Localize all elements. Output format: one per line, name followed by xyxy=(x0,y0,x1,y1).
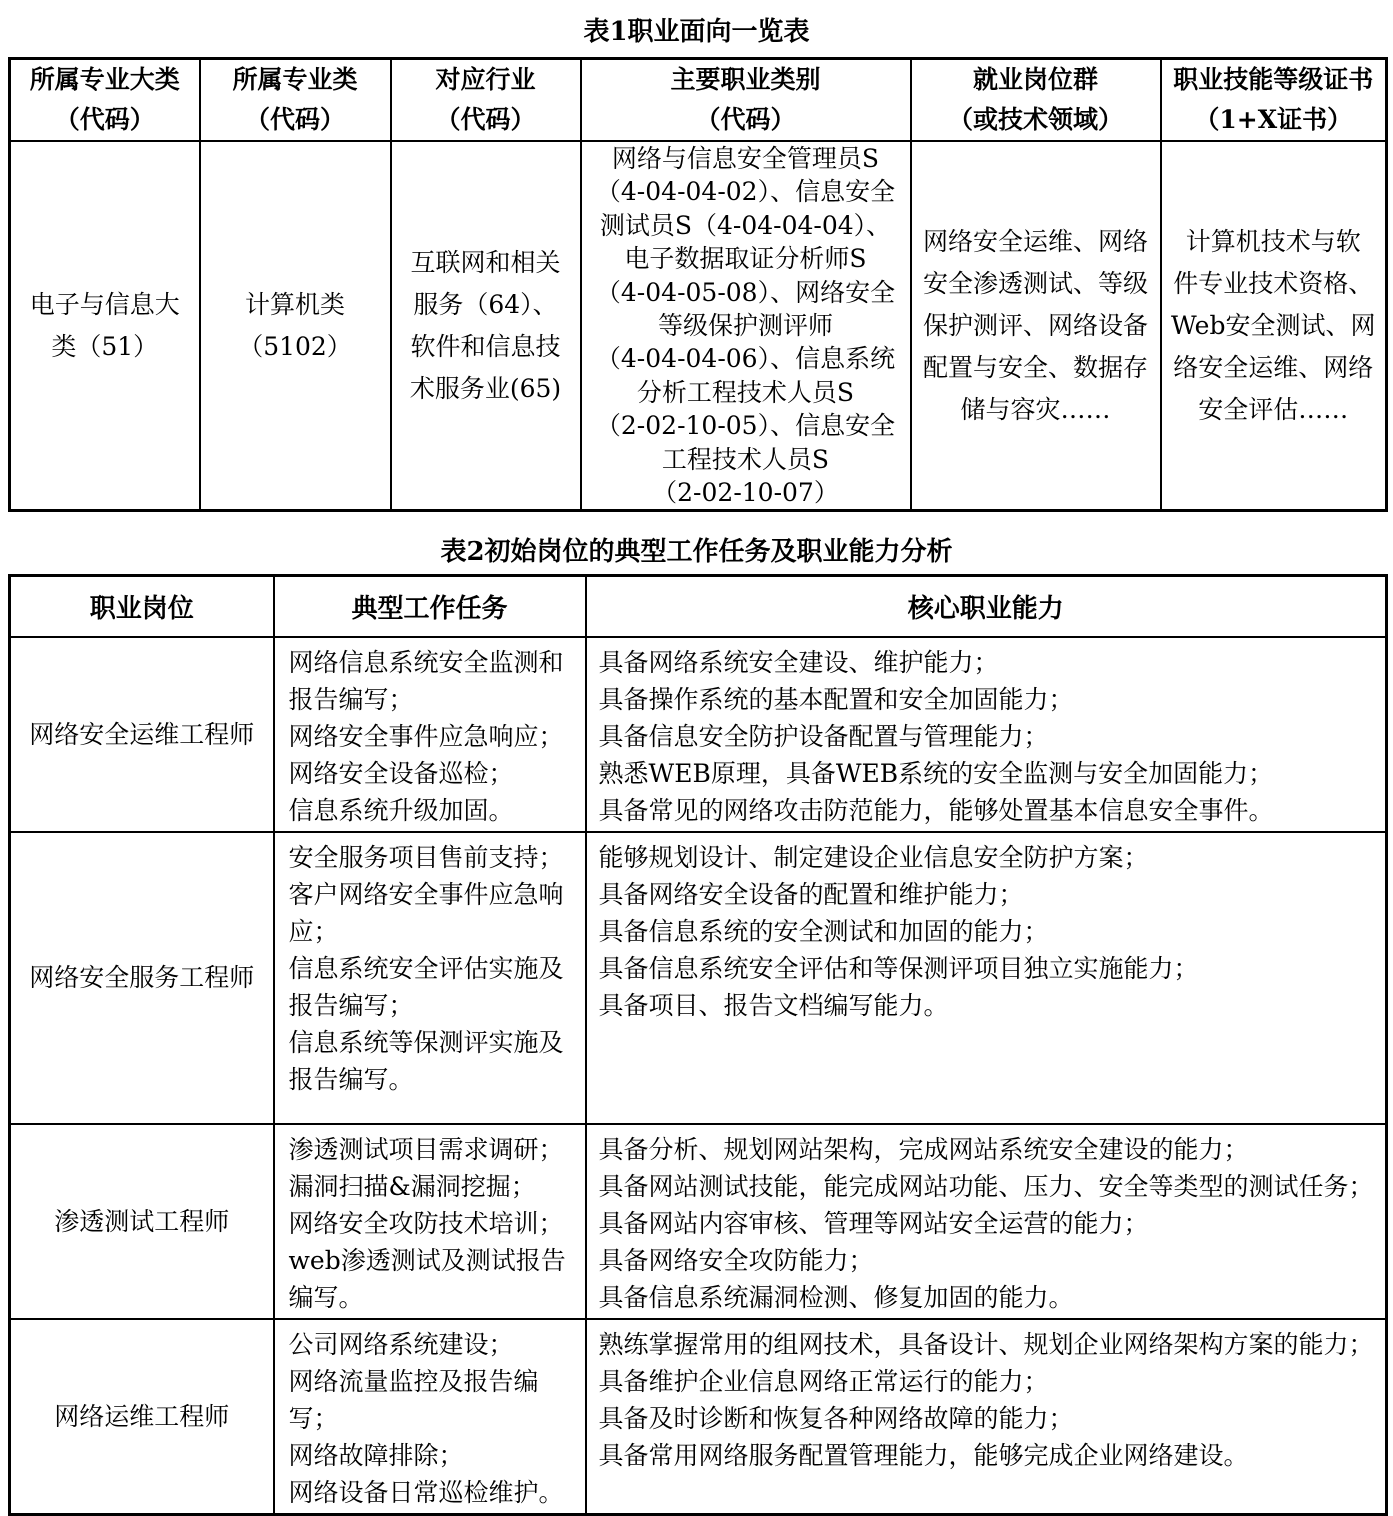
text-line: 具备常见的网络攻击防范能力，能够处置基本信息安全事件。 xyxy=(599,792,1384,829)
table2: 职业岗位 典型工作任务 核心职业能力 网络安全运维工程师 网络信息系统安全监测和… xyxy=(8,574,1388,1516)
text-line: （代码） xyxy=(203,100,388,140)
text-line: （4-04-05-08）、网络安全 xyxy=(582,276,910,309)
text-line: 网络安全攻防技术培训； xyxy=(289,1205,579,1242)
text-line: Web安全测试、网 xyxy=(1164,305,1384,347)
text-line: 熟悉WEB原理，具备WEB系统的安全监测与安全加固能力； xyxy=(599,755,1384,792)
cell-abilities: 能够规划设计、制定建设企业信息安全防护方案；具备网络安全设备的配置和维护能力；具… xyxy=(586,832,1387,1124)
table2-row-3: 渗透测试工程师 渗透测试项目需求调研；漏洞扫描&漏洞挖掘；网络安全攻防技术培训；… xyxy=(10,1124,1387,1319)
text-line: 服务（64）、 xyxy=(394,284,578,326)
table1-body-row: 电子与信息大类（51） 计算机类（5102） 互联网和相关服务（64）、软件和信… xyxy=(10,141,1387,511)
cell-tasks: 网络信息系统安全监测和报告编写；网络安全事件应急响应；网络安全设备巡检；信息系统… xyxy=(274,637,586,832)
text-line: 网络与信息安全管理员S xyxy=(582,142,910,175)
text-line: 公司网络系统建设； xyxy=(289,1326,579,1363)
text-line: 安全评估…… xyxy=(1164,389,1384,431)
text-line: 职业技能等级证书 xyxy=(1164,60,1384,100)
cell-specialty-category: 计算机类（5102） xyxy=(200,141,391,511)
cell-industry: 互联网和相关服务（64）、软件和信息技术服务业(65) xyxy=(391,141,581,511)
text-line: （代码） xyxy=(394,100,578,140)
text-line: 安全渗透测试、等级 xyxy=(914,263,1158,305)
text-line: web渗透测试及测试报告编写。 xyxy=(289,1242,579,1316)
text-line: （4-04-04-02）、信息安全 xyxy=(582,175,910,208)
text-line: 能够规划设计、制定建设企业信息安全防护方案； xyxy=(599,839,1384,876)
text-line: 互联网和相关 xyxy=(394,242,578,284)
table1: 所属专业大类（代码） 所属专业类（代码） 对应行业（代码） 主要职业类别（代码）… xyxy=(8,57,1388,512)
text-line: （4-04-04-06）、信息系统 xyxy=(582,342,910,375)
text-line: 具备信息安全防护设备配置与管理能力； xyxy=(599,718,1384,755)
table2-row-4: 网络运维工程师 公司网络系统建设；网络流量监控及报告编写；网络故障排除；网络设备… xyxy=(10,1319,1387,1515)
text-line: 软件和信息技 xyxy=(394,326,578,368)
cell-position: 渗透测试工程师 xyxy=(10,1124,274,1319)
table2-title: 表2初始岗位的典型工作任务及职业能力分析 xyxy=(8,512,1385,574)
text-line: 信息系统安全评估实施及报告编写； xyxy=(289,950,579,1024)
cell-position: 网络安全运维工程师 xyxy=(10,637,274,832)
text-line: 等级保护测评师 xyxy=(582,309,910,342)
text-line: 具备网络安全攻防能力； xyxy=(599,1242,1384,1279)
cell-position: 网络安全服务工程师 xyxy=(10,832,274,1124)
text-line: （2-02-10-05）、信息安全 xyxy=(582,409,910,442)
text-line: 具备及时诊断和恢复各种网络故障的能力； xyxy=(599,1400,1384,1437)
text-line: 渗透测试项目需求调研； xyxy=(289,1131,579,1168)
text-line: （5102） xyxy=(203,326,388,368)
text-line: 具备分析、规划网站架构，完成网站系统安全建设的能力； xyxy=(599,1131,1384,1168)
text-line: 具备项目、报告文档编写能力。 xyxy=(599,987,1384,1024)
cell-occupations: 网络与信息安全管理员S（4-04-04-02）、信息安全测试员S（4-04-04… xyxy=(581,141,911,511)
text-line: 保护测评、网络设备 xyxy=(914,305,1158,347)
text-line: 网络设备日常巡检维护。 xyxy=(289,1474,579,1511)
text-line: 电子数据取证分析师S xyxy=(582,242,910,275)
text-line: 具备网站测试技能，能完成网站功能、压力、安全等类型的测试任务； xyxy=(599,1168,1384,1205)
table1-header-job-groups: 就业岗位群（或技术领域） xyxy=(911,59,1161,142)
text-line: 信息系统升级加固。 xyxy=(289,792,579,829)
text-line: （1+X证书） xyxy=(1164,100,1384,140)
text-line: 工程技术人员S xyxy=(582,443,910,476)
cell-position: 网络运维工程师 xyxy=(10,1319,274,1515)
cell-tasks: 渗透测试项目需求调研；漏洞扫描&漏洞挖掘；网络安全攻防技术培训；web渗透测试及… xyxy=(274,1124,586,1319)
text-line: 类（51） xyxy=(13,326,197,368)
table1-header-industry: 对应行业（代码） xyxy=(391,59,581,142)
text-line: 具备网络安全设备的配置和维护能力； xyxy=(599,876,1384,913)
cell-major-category: 电子与信息大类（51） xyxy=(10,141,200,511)
table1-header-row: 所属专业大类（代码） 所属专业类（代码） 对应行业（代码） 主要职业类别（代码）… xyxy=(10,59,1387,142)
table2-header-abilities: 核心职业能力 xyxy=(586,576,1387,637)
text-line: 所属专业大类 xyxy=(13,60,197,100)
table1-title: 表1职业面向一览表 xyxy=(8,0,1385,57)
cell-abilities: 具备网络系统安全建设、维护能力；具备操作系统的基本配置和安全加固能力；具备信息安… xyxy=(586,637,1387,832)
text-line: 络安全运维、网络 xyxy=(1164,347,1384,389)
text-line: 术服务业(65) xyxy=(394,368,578,410)
text-line: 具备信息系统安全评估和等保测评项目独立实施能力； xyxy=(599,950,1384,987)
text-line: （2-02-10-07） xyxy=(582,476,910,509)
text-line: 网络安全运维、网络 xyxy=(914,221,1158,263)
text-line: 安全服务项目售前支持； xyxy=(289,839,579,876)
text-line: 所属专业类 xyxy=(203,60,388,100)
text-line: 对应行业 xyxy=(394,60,578,100)
text-line: 件专业技术资格、 xyxy=(1164,263,1384,305)
table1-header-major-category: 所属专业大类（代码） xyxy=(10,59,200,142)
text-line: 配置与安全、数据存 xyxy=(914,347,1158,389)
cell-certificates: 计算机技术与软件专业技术资格、Web安全测试、网络安全运维、网络安全评估…… xyxy=(1161,141,1387,511)
table1-header-occupations: 主要职业类别（代码） xyxy=(581,59,911,142)
cell-job-groups: 网络安全运维、网络安全渗透测试、等级保护测评、网络设备配置与安全、数据存储与容灾… xyxy=(911,141,1161,511)
table2-row-1: 网络安全运维工程师 网络信息系统安全监测和报告编写；网络安全事件应急响应；网络安… xyxy=(10,637,1387,832)
text-line: 具备信息系统的安全测试和加固的能力； xyxy=(599,913,1384,950)
table2-header-row: 职业岗位 典型工作任务 核心职业能力 xyxy=(10,576,1387,637)
text-line: 计算机类 xyxy=(203,284,388,326)
cell-tasks: 公司网络系统建设；网络流量监控及报告编写；网络故障排除；网络设备日常巡检维护。 xyxy=(274,1319,586,1515)
text-line: 计算机技术与软 xyxy=(1164,221,1384,263)
text-line: 网络安全事件应急响应； xyxy=(289,718,579,755)
document-page: 表1职业面向一览表 所属专业大类（代码） 所属专业类（代码） 对应行业（代码） … xyxy=(0,0,1393,1516)
text-line: 具备网站内容审核、管理等网站安全运营的能力； xyxy=(599,1205,1384,1242)
text-line: 具备网络系统安全建设、维护能力； xyxy=(599,644,1384,681)
table1-header-specialty-category: 所属专业类（代码） xyxy=(200,59,391,142)
text-line: 网络信息系统安全监测和报告编写； xyxy=(289,644,579,718)
text-line: （代码） xyxy=(13,100,197,140)
table1-header-certificates: 职业技能等级证书（1+X证书） xyxy=(1161,59,1387,142)
text-line: 就业岗位群 xyxy=(914,60,1158,100)
text-line: 网络流量监控及报告编写； xyxy=(289,1363,579,1437)
text-line: 网络故障排除； xyxy=(289,1437,579,1474)
cell-tasks: 安全服务项目售前支持；客户网络安全事件应急响应；信息系统安全评估实施及报告编写；… xyxy=(274,832,586,1124)
text-line: 储与容灾…… xyxy=(914,389,1158,431)
text-line: 熟练掌握常用的组网技术，具备设计、规划企业网络架构方案的能力； xyxy=(599,1326,1384,1363)
text-line: 分析工程技术人员S xyxy=(582,376,910,409)
text-line: 具备常用网络服务配置管理能力，能够完成企业网络建设。 xyxy=(599,1437,1384,1474)
text-line: 主要职业类别 xyxy=(584,60,908,100)
text-line: 测试员S（4-04-04-04）、 xyxy=(582,209,910,242)
cell-abilities: 熟练掌握常用的组网技术，具备设计、规划企业网络架构方案的能力；具备维护企业信息网… xyxy=(586,1319,1387,1515)
table2-row-2: 网络安全服务工程师 安全服务项目售前支持；客户网络安全事件应急响应；信息系统安全… xyxy=(10,832,1387,1124)
text-line: 具备操作系统的基本配置和安全加固能力； xyxy=(599,681,1384,718)
text-line: 网络安全设备巡检； xyxy=(289,755,579,792)
text-line: 具备维护企业信息网络正常运行的能力； xyxy=(599,1363,1384,1400)
text-line: （或技术领域） xyxy=(914,100,1158,140)
text-line: 电子与信息大 xyxy=(13,284,197,326)
text-line: 具备信息系统漏洞检测、修复加固的能力。 xyxy=(599,1279,1384,1316)
table2-header-tasks: 典型工作任务 xyxy=(274,576,586,637)
text-line: 信息系统等保测评实施及报告编写。 xyxy=(289,1024,579,1098)
text-line: 漏洞扫描&漏洞挖掘； xyxy=(289,1168,579,1205)
text-line: 客户网络安全事件应急响应； xyxy=(289,876,579,950)
text-line: （代码） xyxy=(584,100,908,140)
cell-abilities: 具备分析、规划网站架构，完成网站系统安全建设的能力；具备网站测试技能，能完成网站… xyxy=(586,1124,1387,1319)
table2-header-position: 职业岗位 xyxy=(10,576,274,637)
